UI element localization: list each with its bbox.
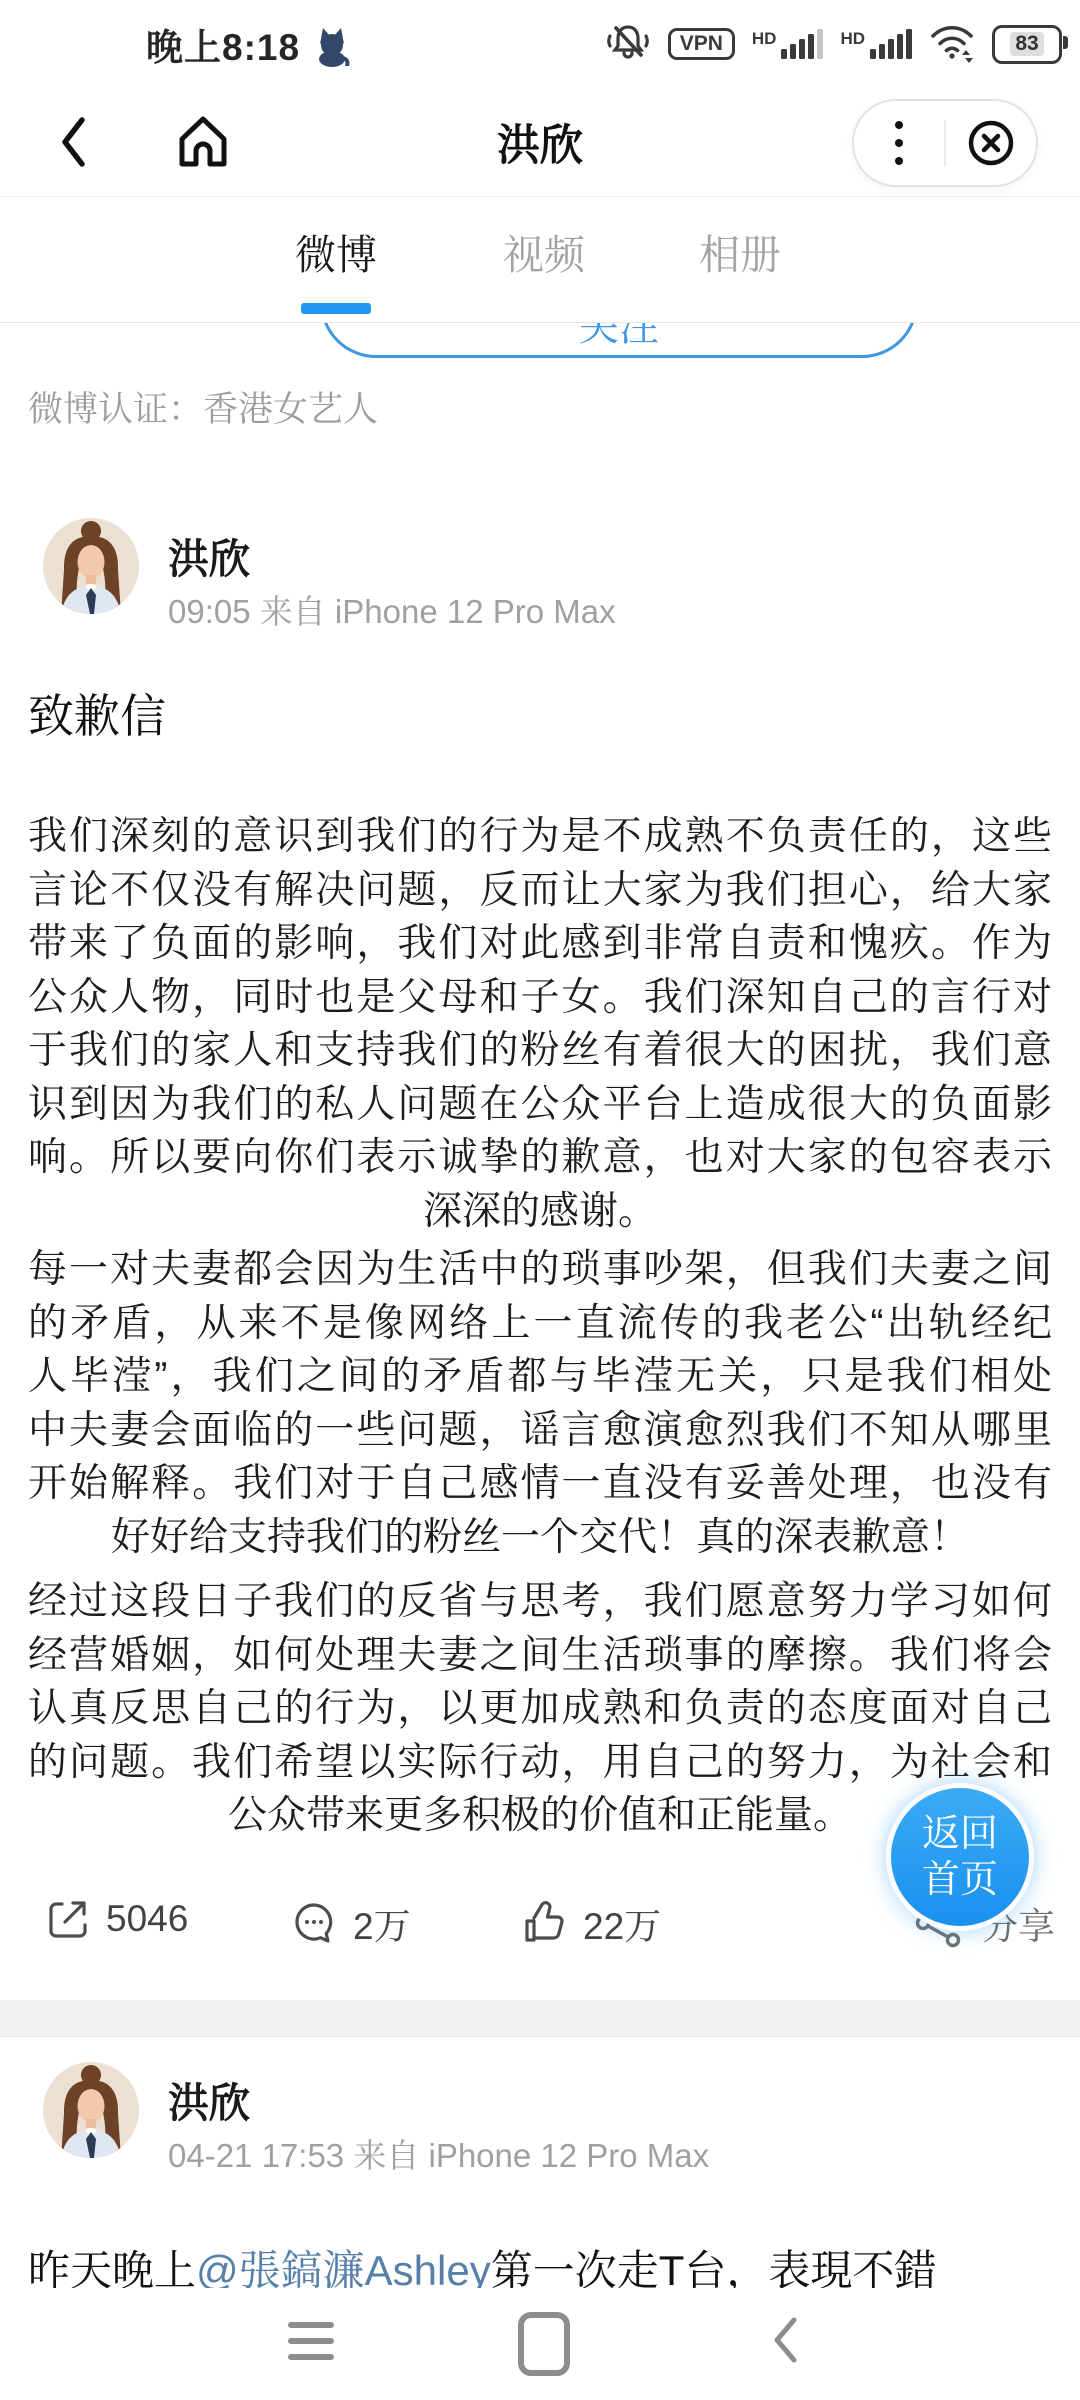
post-paragraph: 每一对夫妻都会因为生活中的琐事吵架，但我们夫妻之间 的矛盾，从来不是像网络上一直… [28, 1243, 1052, 1564]
like-button[interactable]: 22万 [520, 1896, 661, 1950]
post-author[interactable]: 洪欣 [168, 526, 250, 585]
status-bar: 晚上8:18 VPN HD [0, 0, 1080, 88]
recents-icon[interactable] [288, 2322, 334, 2360]
battery-icon: 83 [992, 25, 1062, 64]
post-paragraph: 经过这段日子我们的反省与思考，我们愿意努力学习如何 经营婚姻，如何处理夫妻之间生… [28, 1575, 1052, 1843]
comment-icon [290, 1899, 338, 1947]
nav-home-icon[interactable] [518, 2312, 570, 2376]
post-author[interactable]: 洪欣 [168, 2070, 250, 2129]
mute-icon [605, 20, 651, 69]
nav-back-icon[interactable] [772, 2316, 798, 2369]
android-nav-bar [0, 2288, 1080, 2400]
tab-album[interactable]: 相册 [680, 196, 800, 306]
tab-weibo[interactable]: 微博 [276, 196, 396, 306]
active-tab-underline [301, 303, 371, 314]
close-icon[interactable] [946, 117, 1036, 169]
post-body-title: 致歉信 [28, 680, 166, 746]
tab-bar: 微博 视频 相册 [0, 196, 1080, 323]
repost-icon [45, 1896, 91, 1942]
more-menu-icon[interactable] [854, 121, 944, 165]
phone-screen: 晚上8:18 VPN HD [0, 0, 1080, 2400]
thumbs-up-icon [520, 1899, 568, 1947]
signal-sim2-icon: HD [840, 29, 912, 59]
post-divider [0, 2000, 1080, 2037]
header-bar: 洪欣 [0, 88, 1080, 197]
repost-button[interactable]: 5046 [45, 1896, 188, 1942]
clock: 晚上8:18 [146, 0, 300, 88]
return-home-button[interactable]: 返回 首页 [886, 1783, 1034, 1931]
verification-text: 微博认证：香港女艺人 [28, 382, 378, 432]
comment-button[interactable]: 2万 [290, 1896, 411, 1950]
signal-sim1-icon: HD [752, 29, 824, 59]
avatar[interactable] [43, 2062, 139, 2158]
post-paragraph: 我们深刻的意识到我们的行为是不成熟不负责任的，这些 言论不仅没有解决问题，反而让… [28, 810, 1052, 1238]
mention-link[interactable]: @張鎬濂Ashley [196, 2247, 491, 2294]
vpn-badge: VPN [668, 28, 735, 60]
post-meta: 04-21 17:53 来自 iPhone 12 Pro Max [168, 2130, 709, 2177]
wifi-icon [929, 21, 975, 68]
browser-capsule [852, 99, 1038, 187]
post-meta: 09:05 来自 iPhone 12 Pro Max [168, 586, 616, 633]
avatar[interactable] [43, 518, 139, 614]
cat-notification-icon [312, 26, 352, 73]
tab-video[interactable]: 视频 [484, 196, 604, 306]
